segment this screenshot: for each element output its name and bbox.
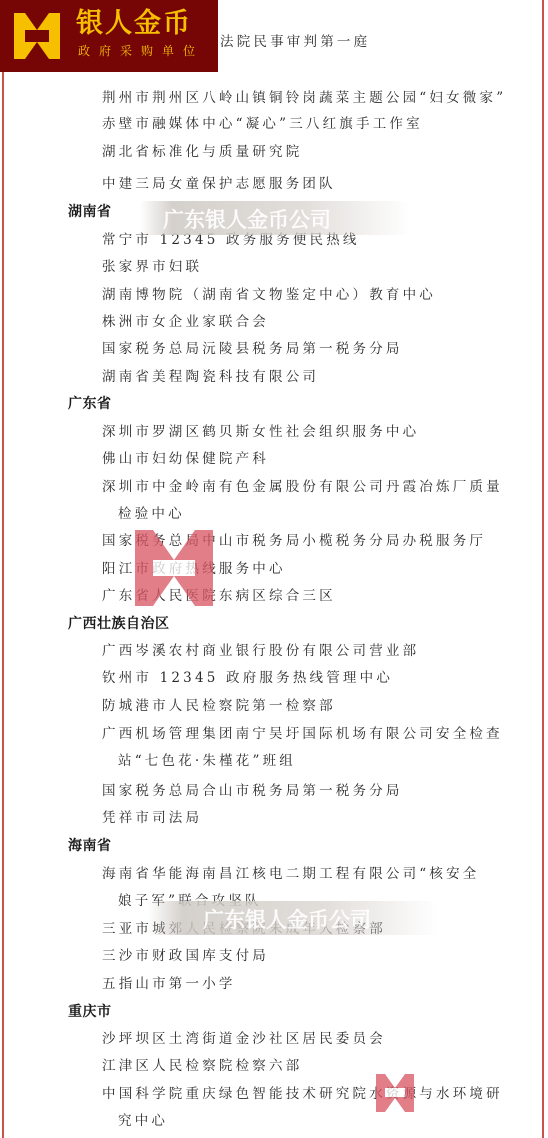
list-item: 五指山市第一小学 [102, 975, 236, 993]
list-item: 佛山市妇幼保健院产科 [102, 450, 269, 468]
watermark-text: 广东银人金币公司 [163, 204, 331, 234]
list-item: 海南省华能海南昌江核电二期工程有限公司“核安全 [102, 865, 480, 883]
page-border-left [2, 0, 4, 1138]
list-item: 广西机场管理集团南宁吴圩国际机场有限公司安全检查 [102, 725, 503, 743]
list-item: 中建三局女童保护志愿服务团队 [102, 175, 336, 193]
list-item: 湖南博物院（湖南省文物鉴定中心）教育中心 [102, 286, 436, 304]
list-item: 荆州市荆州区八岭山镇铜铃岗蔬菜主题公园“妇女微家” [102, 89, 506, 107]
list-item: 湖南省美程陶瓷科技有限公司 [102, 368, 319, 386]
list-item: 深圳市中金岭南有色金属股份有限公司丹霞冶炼厂质量 [102, 478, 503, 496]
list-item: 湖北省标准化与质量研究院 [102, 143, 302, 161]
list-item: 凭祥市司法局 [102, 809, 202, 827]
brand-subtitle: 政府采购单位 [78, 44, 204, 58]
list-item: 江津区人民检察院检察六部 [102, 1057, 302, 1075]
logo-watermark-icon [135, 530, 213, 606]
page-border-right [542, 0, 544, 1138]
section-heading-hunan: 湖南省 [68, 203, 112, 221]
list-item-continuation: 检验中心 [118, 505, 185, 523]
brand-mark-icon [14, 13, 60, 59]
list-item-partial: 法院民事审判第一庭 [220, 33, 370, 51]
list-item: 三沙市财政国库支付局 [102, 947, 269, 965]
section-heading-hainan: 海南省 [68, 837, 112, 855]
list-item: 钦州市 12345 政府服务热线管理中心 [102, 669, 393, 687]
list-item: 中国科学院重庆绿色智能技术研究院水资源与水环境研 [102, 1085, 503, 1103]
brand-title: 银人金币 [76, 8, 192, 40]
list-item: 深圳市罗湖区鹤贝斯女性社会组织服务中心 [102, 423, 419, 441]
list-item-continuation: 站“七色花·朱槿花”班组 [118, 752, 296, 770]
list-item: 国家税务总局合山市税务局第一税务分局 [102, 782, 403, 800]
watermark-text: 广东银人金币公司 [203, 904, 371, 934]
list-item: 张家界市妇联 [102, 258, 202, 276]
section-heading-chongqing: 重庆市 [68, 1003, 112, 1021]
list-item: 防城港市人民检察院第一检察部 [102, 697, 336, 715]
list-item: 国家税务总局沅陵县税务局第一税务分局 [102, 340, 403, 358]
list-item-continuation: 究中心 [118, 1112, 168, 1130]
list-item: 株洲市女企业家联合会 [102, 313, 269, 331]
logo-watermark-icon [376, 1074, 414, 1112]
list-item: 沙坪坝区土湾街道金沙社区居民委员会 [102, 1030, 386, 1048]
list-item: 广西岑溪农村商业银行股份有限公司营业部 [102, 642, 419, 660]
brand-logo: 银人金币 政府采购单位 [0, 0, 218, 72]
list-item: 赤壁市融媒体中心“凝心”三八红旗手工作室 [102, 115, 423, 133]
section-heading-guangdong: 广东省 [68, 395, 112, 413]
document-page: 法院民事审判第一庭 荆州市荆州区八岭山镇铜铃岗蔬菜主题公园“妇女微家” 赤壁市融… [0, 0, 548, 1138]
section-heading-guangxi: 广西壮族自治区 [68, 615, 170, 633]
